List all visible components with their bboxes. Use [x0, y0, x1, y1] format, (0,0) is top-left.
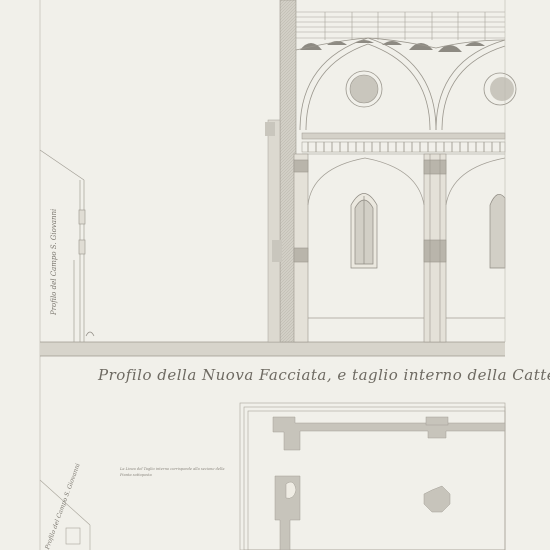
roof-trusses [296, 12, 505, 40]
plan-walls [273, 417, 505, 550]
plate-title: Profilo della Nuova Facciata, e taglio i… [98, 366, 478, 384]
side-label-upper: Profilo del Campo S. Giovanni [50, 209, 58, 315]
plan-caption: La Linea del Taglio interno corrisponde … [120, 466, 230, 478]
engraving-plate: Profilo della Nuova Facciata, e taglio i… [0, 0, 550, 550]
side-profile-upper [40, 150, 94, 342]
vault-arches [296, 38, 505, 130]
cathedral-section-drawing [0, 0, 550, 550]
